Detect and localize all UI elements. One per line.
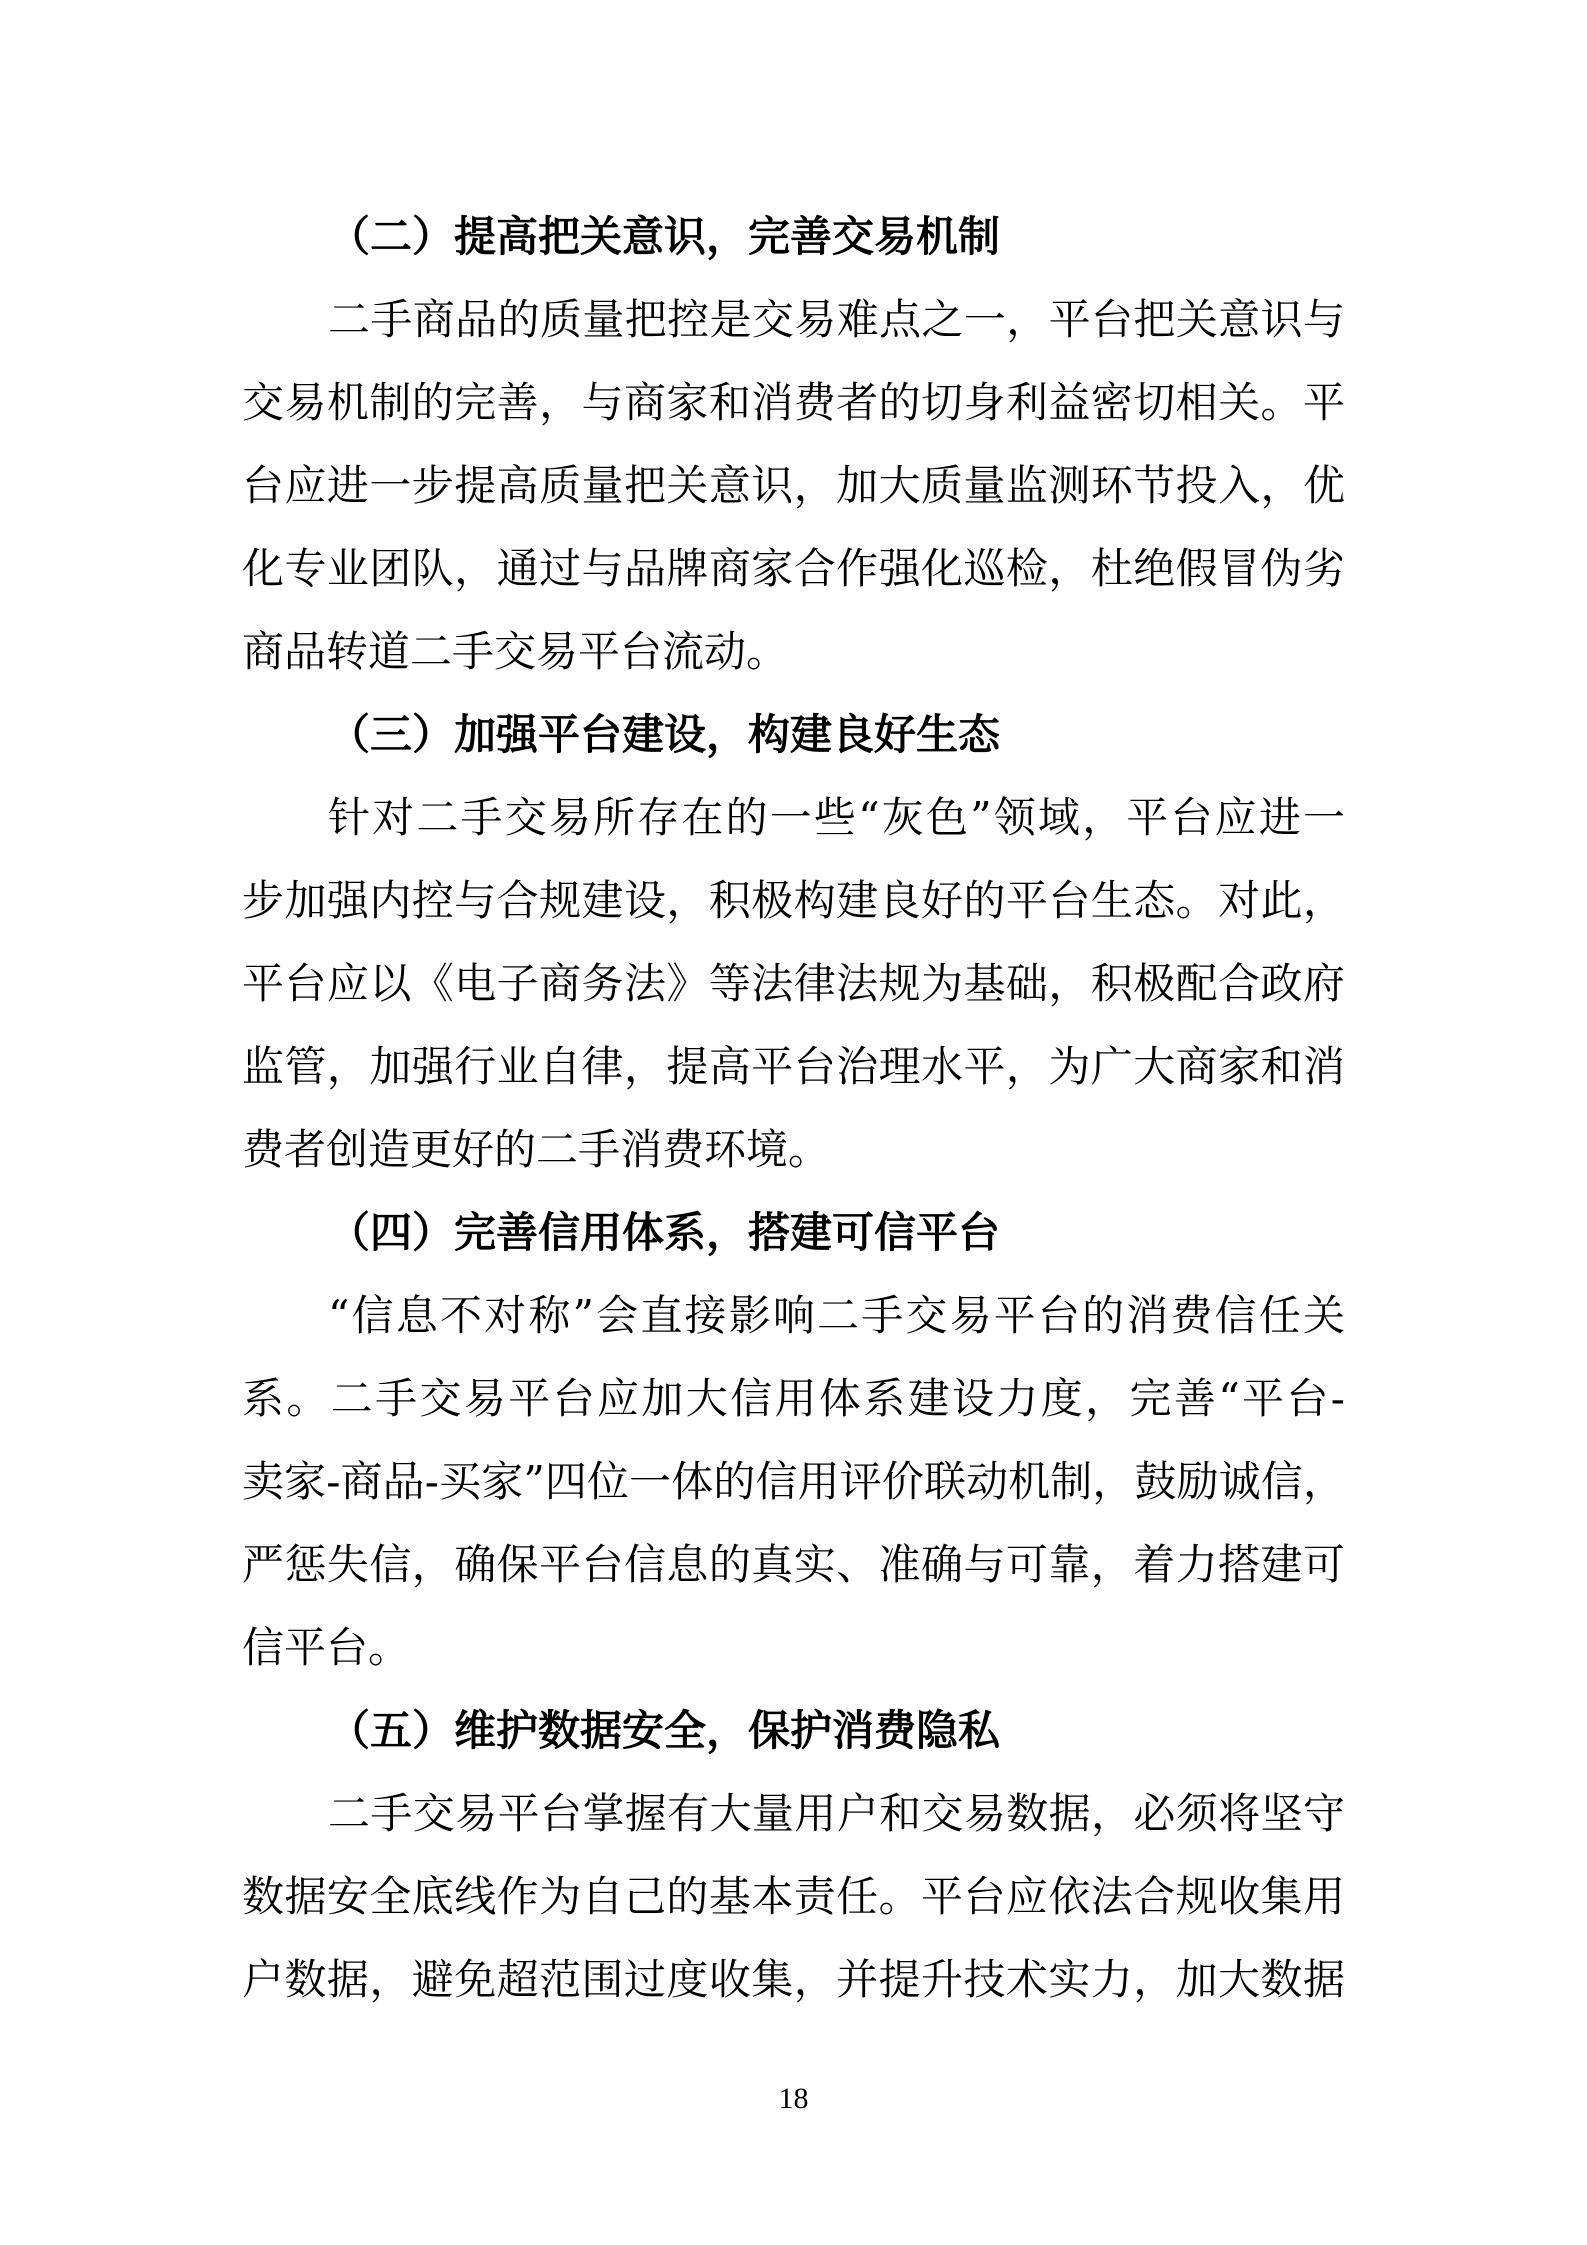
section-heading: （五）维护数据安全，保护消费隐私 (242, 1689, 1345, 1772)
body-line: 交易机制的完善，与商家和消费者的切身利益密切相关。平 (242, 361, 1345, 444)
section-heading: （四）完善信用体系，搭建可信平台 (242, 1191, 1345, 1274)
body-line: 商品转道二手交易平台流动。 (242, 610, 1345, 693)
section-heading: （二）提高把关意识，完善交易机制 (242, 195, 1345, 278)
body-line: 数据安全底线作为自己的基本责任。平台应依法合规收集用 (242, 1855, 1345, 1938)
document-content: （二）提高把关意识，完善交易机制二手商品的质量把控是交易难点之一，平台把关意识与… (242, 195, 1345, 2021)
body-line: 二手商品的质量把控是交易难点之一，平台把关意识与 (242, 278, 1345, 361)
body-line: 针对二手交易所存在的一些“灰色”领域，平台应进一 (242, 776, 1345, 859)
body-line: “信息不对称”会直接影响二手交易平台的消费信任关 (242, 1274, 1345, 1357)
body-line: 卖家-商品-买家”四位一体的信用评价联动机制，鼓励诚信， (242, 1440, 1345, 1523)
body-line: 平台应以《电子商务法》等法律法规为基础，积极配合政府 (242, 942, 1345, 1025)
body-line: 系。二手交易平台应加大信用体系建设力度，完善“平台- (242, 1357, 1345, 1440)
section-heading: （三）加强平台建设，构建良好生态 (242, 693, 1345, 776)
body-line: 严惩失信，确保平台信息的真实、准确与可靠，着力搭建可 (242, 1523, 1345, 1606)
body-line: 信平台。 (242, 1606, 1345, 1689)
body-line: 二手交易平台掌握有大量用户和交易数据，必须将坚守 (242, 1772, 1345, 1855)
body-line: 户数据，避免超范围过度收集，并提升技术实力，加大数据 (242, 1938, 1345, 2021)
body-line: 步加强内控与合规建设，积极构建良好的平台生态。对此， (242, 859, 1345, 942)
body-line: 监管，加强行业自律，提高平台治理水平，为广大商家和消 (242, 1025, 1345, 1108)
body-line: 费者创造更好的二手消费环境。 (242, 1108, 1345, 1191)
body-line: 化专业团队，通过与品牌商家合作强化巡检，杜绝假冒伪劣 (242, 527, 1345, 610)
page-footer: 18 (0, 2083, 1587, 2115)
page-number: 18 (779, 2082, 809, 2115)
body-line: 台应进一步提高质量把关意识，加大质量监测环节投入，优 (242, 444, 1345, 527)
document-page: （二）提高把关意识，完善交易机制二手商品的质量把控是交易难点之一，平台把关意识与… (0, 0, 1587, 2245)
